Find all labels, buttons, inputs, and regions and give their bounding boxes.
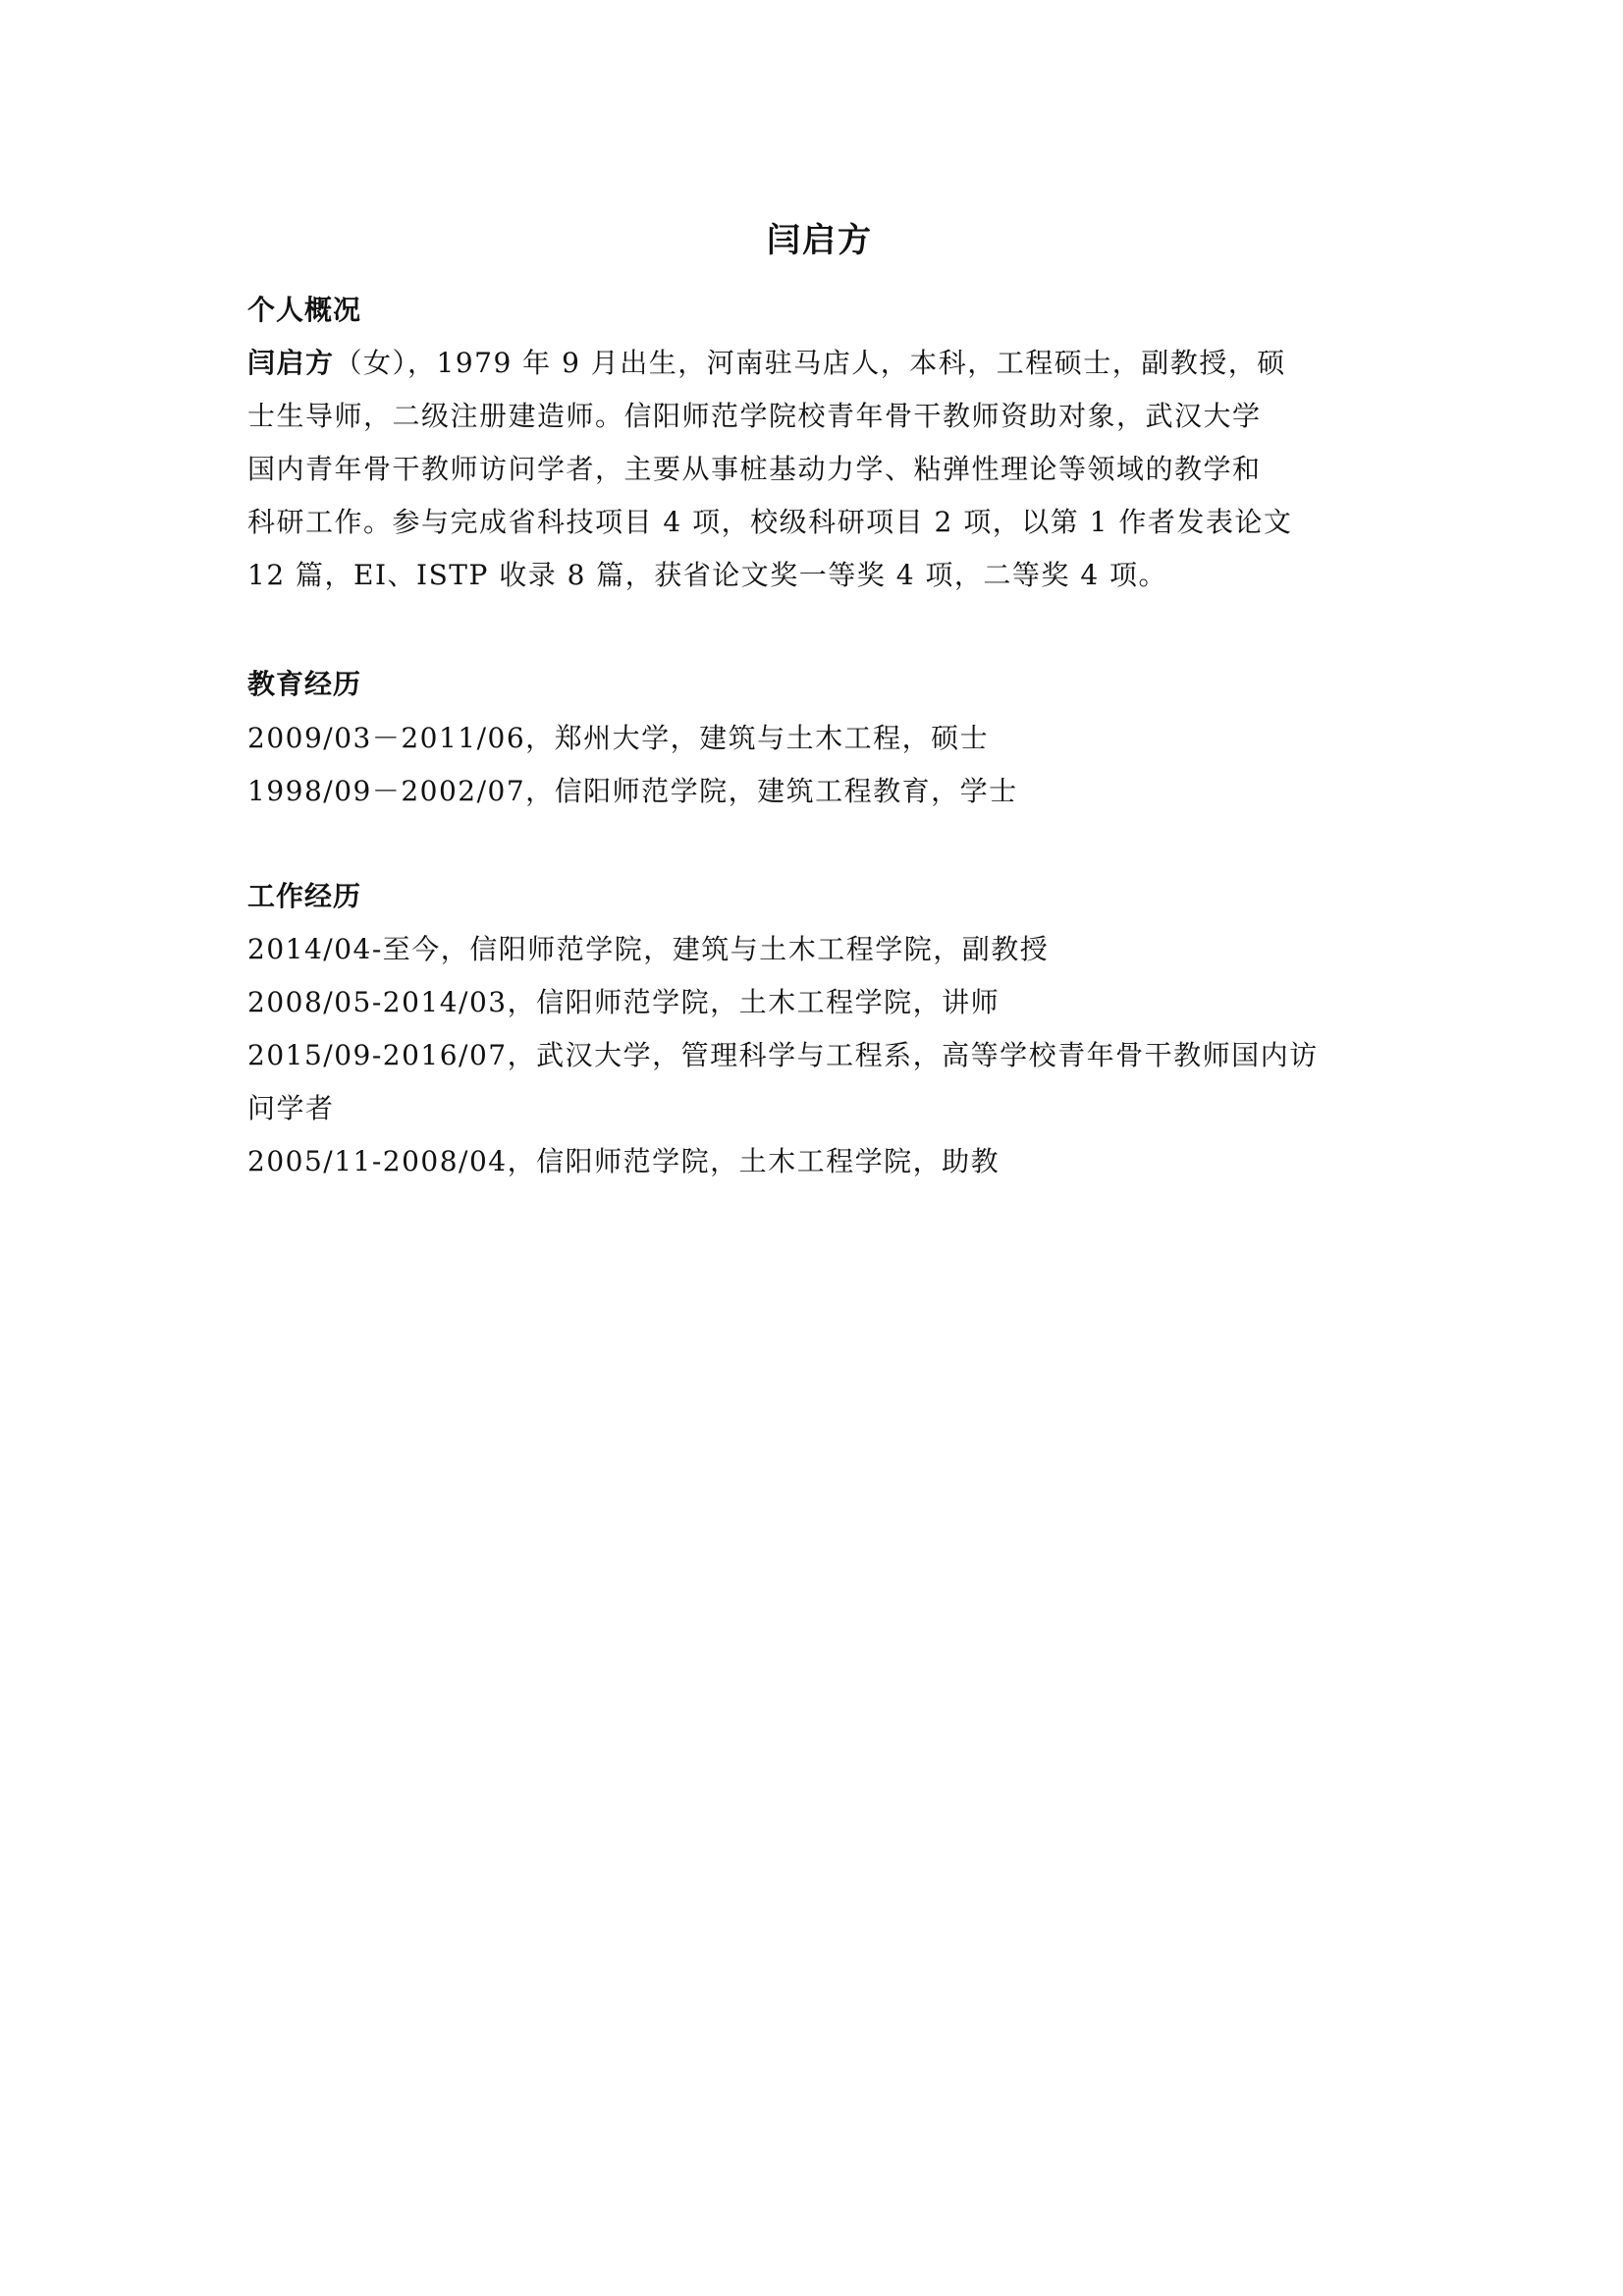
education-list: 2009/03－2011/06，郑州大学，建筑与土木工程，硕士 1998/09－…	[247, 712, 1392, 818]
work-item: 2005/11-2008/04，信阳师范学院，土木工程学院，助教	[247, 1135, 1392, 1188]
work-item: 2014/04-至今，信阳师范学院，建筑与土木工程学院，副教授	[247, 923, 1392, 976]
work-item: 2008/05-2014/03，信阳师范学院，土木工程学院，讲师	[247, 976, 1392, 1029]
profile-line: 科研工作。参与完成省科技项目 4 项，校级科研项目 2 项，以第 1 作者发表论…	[247, 496, 1392, 549]
profile-line: 闫启方（女），1979 年 9 月出生，河南驻马店人，本科，工程硕士，副教授，硕	[247, 337, 1392, 390]
profile-line: 12 篇，EI、ISTP 收录 8 篇，获省论文奖一等奖 4 项，二等奖 4 项…	[247, 549, 1392, 602]
profile-line: 国内青年骨干教师访问学者，主要从事桩基动力学、粘弹性理论等领域的教学和	[247, 443, 1392, 496]
education-item: 2009/03－2011/06，郑州大学，建筑与土木工程，硕士	[247, 712, 1392, 765]
education-item: 1998/09－2002/07，信阳师范学院，建筑工程教育，学士	[247, 765, 1392, 818]
page-title: 闫启方	[247, 216, 1392, 265]
profile-line-text: （女），1979 年 9 月出生，河南驻马店人，本科，工程硕士，副教授，硕	[335, 347, 1286, 379]
section-heading-education: 教育经历	[247, 665, 361, 704]
work-list: 2014/04-至今，信阳师范学院，建筑与土木工程学院，副教授 2008/05-…	[247, 923, 1392, 1188]
section-heading-profile: 个人概况	[247, 291, 361, 330]
profile-name: 闫启方	[247, 347, 335, 379]
work-item-continuation: 问学者	[247, 1082, 1392, 1135]
section-heading-work: 工作经历	[247, 877, 361, 916]
work-item: 2015/09-2016/07，武汉大学，管理科学与工程系，高等学校青年骨干教师…	[247, 1029, 1392, 1082]
profile-paragraph: 闫启方（女），1979 年 9 月出生，河南驻马店人，本科，工程硕士，副教授，硕…	[247, 337, 1392, 602]
profile-line: 士生导师，二级注册建造师。信阳师范学院校青年骨干教师资助对象，武汉大学	[247, 390, 1392, 443]
